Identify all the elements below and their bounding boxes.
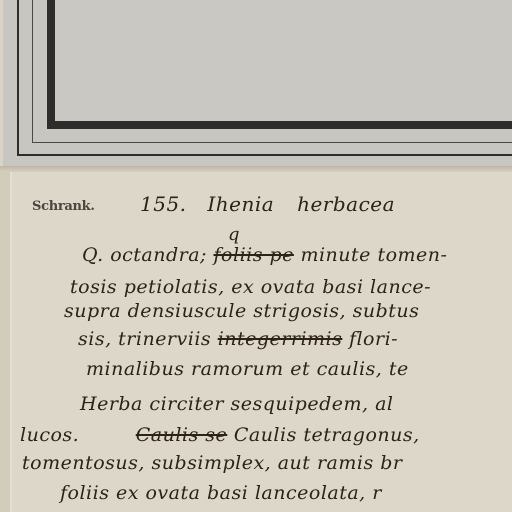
line-text: tosis petiolatis, ex ovata basi lance- xyxy=(70,276,431,298)
text-line-9: foliis ex ovata basi lanceolata, r xyxy=(60,482,382,504)
line-text: sis, trinerviis xyxy=(78,328,211,350)
text-line-3: supra densiuscule strigosis, subtus xyxy=(64,300,419,322)
text-line-4: sis, trinerviis integerrimis flori- xyxy=(78,328,398,350)
species-epithet: herbacea xyxy=(297,192,395,216)
text-line-6: Herba circiter sesquipedem, al xyxy=(80,393,393,415)
line-text: lucos. xyxy=(20,424,79,446)
line-text: flori- xyxy=(349,328,398,350)
text-line-8: tomentosus, subsimplex, aut ramis br xyxy=(22,452,403,474)
text-line-1: Q. octandra; foliis pe minute tomen- xyxy=(82,244,447,266)
struck-text: foliis pe xyxy=(214,244,294,266)
species-heading: 155. Ihenia herbacea xyxy=(140,192,395,216)
collector-stamp: Schrank. xyxy=(32,199,95,214)
text-line-5: minalibus ramorum et caulis, te xyxy=(86,358,409,380)
line-text: tomentosus, subsimplex, aut ramis br xyxy=(22,452,403,474)
struck-text: integerrimis xyxy=(218,328,343,350)
frame-panel xyxy=(55,0,512,121)
line-text: minalibus ramorum et caulis, te xyxy=(86,358,409,380)
line-text: supra densiuscule strigosis, subtus xyxy=(64,300,419,322)
line-text: Herba circiter sesquipedem, al xyxy=(80,393,393,415)
line-text: foliis ex ovata basi lanceolata, r xyxy=(60,482,382,504)
line-text: minute tomen- xyxy=(300,244,447,266)
species-number: 155. xyxy=(140,192,187,216)
insertion-mark: q xyxy=(228,224,240,245)
struck-text: Caulis se xyxy=(136,424,228,446)
text-line-2: tosis petiolatis, ex ovata basi lance- xyxy=(70,276,431,298)
genus-name: Ihenia xyxy=(207,192,274,216)
paper-left-edge xyxy=(0,172,10,512)
text-line-7: lucos. Caulis se Caulis tetragonus, xyxy=(20,424,420,446)
line-text: Q. octandra; xyxy=(82,244,207,266)
line-text: Caulis tetragonus, xyxy=(234,424,420,446)
